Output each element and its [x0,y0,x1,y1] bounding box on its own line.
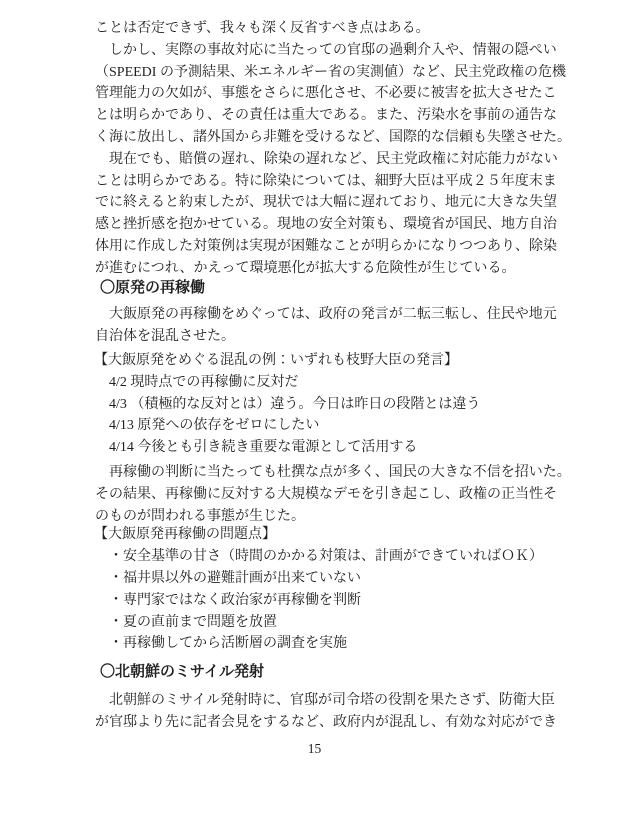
problem-bullet-item: ・福井県以外の避難計画が出来ていない [109,568,629,590]
problem-box-title: 【大飯原発再稼働の問題点】 [94,524,629,546]
example-item: 4/14 今後とも引き続き重要な電源として活用する [109,437,629,459]
restart-paragraph-1: 大飯原発の再稼働をめぐっては、政府の発言が二転三転し、住民や地元 自治体を混乱さ… [95,304,629,348]
problem-box-items: ・安全基準の甘さ（時間のかかる対策は、計画ができていればＯＫ） ・福井県以外の避… [109,546,629,655]
example-item: 4/2 現時点での再稼働に反対だ [109,372,629,394]
problem-bullet-item: ・専門家ではなく政治家が再稼働を判断 [109,590,629,612]
page-content: ことは否定できず、我々も深く反省すべき点はある。 しかし、実際の事故対応に当たっ… [0,0,629,734]
problem-bullet-item: ・安全基準の甘さ（時間のかかる対策は、計画ができていればＯＫ） [109,546,629,568]
intro-paragraph-3: 現在でも、賠償の遅れ、除染の遅れなど、民主党政権に対応能力がない ことは明らかで… [95,149,629,280]
problem-bullet-item: ・再稼働してから活断層の調査を実施 [109,633,629,655]
page-footer: 15 [0,741,629,757]
section-heading-north-korea-missile: 〇北朝鮮のミサイル発射 [100,661,629,683]
example-box-items: 4/2 現時点での再稼働に反対だ 4/3 （積極的な反対とは）違う。今日は昨日の… [109,372,629,459]
page-number: 15 [308,741,322,756]
example-box-title: 【大飯原発をめぐる混乱の例：いずれも枝野大臣の発言】 [94,350,629,372]
intro-paragraph-2: しかし、実際の事故対応に当たっての官邸の過剰介入や、情報の隠ぺい （SPEEDI… [95,40,629,149]
section-heading-genpatsu-restart: 〇原発の再稼働 [100,277,629,299]
restart-paragraph-2: 再稼働の判断に当たっても杜撰な点が多く、国民の大きな不信を招いた。 その結果、再… [95,462,629,527]
problem-bullet-item: ・夏の直前まで問題を放置 [109,612,629,634]
missile-paragraph-1: 北朝鮮のミサイル発射時に、官邸が司令塔の役割を果たさず、防衛大臣 が官邸より先に… [95,690,629,734]
document-page: ことは否定できず、我々も深く反省すべき点はある。 しかし、実際の事故対応に当たっ… [0,0,629,825]
example-item: 4/13 原発への依存をゼロにしたい [109,415,629,437]
example-item: 4/3 （積極的な反対とは）違う。今日は昨日の段階とは違う [109,394,629,416]
intro-paragraph-1: ことは否定できず、我々も深く反省すべき点はある。 [95,18,629,40]
